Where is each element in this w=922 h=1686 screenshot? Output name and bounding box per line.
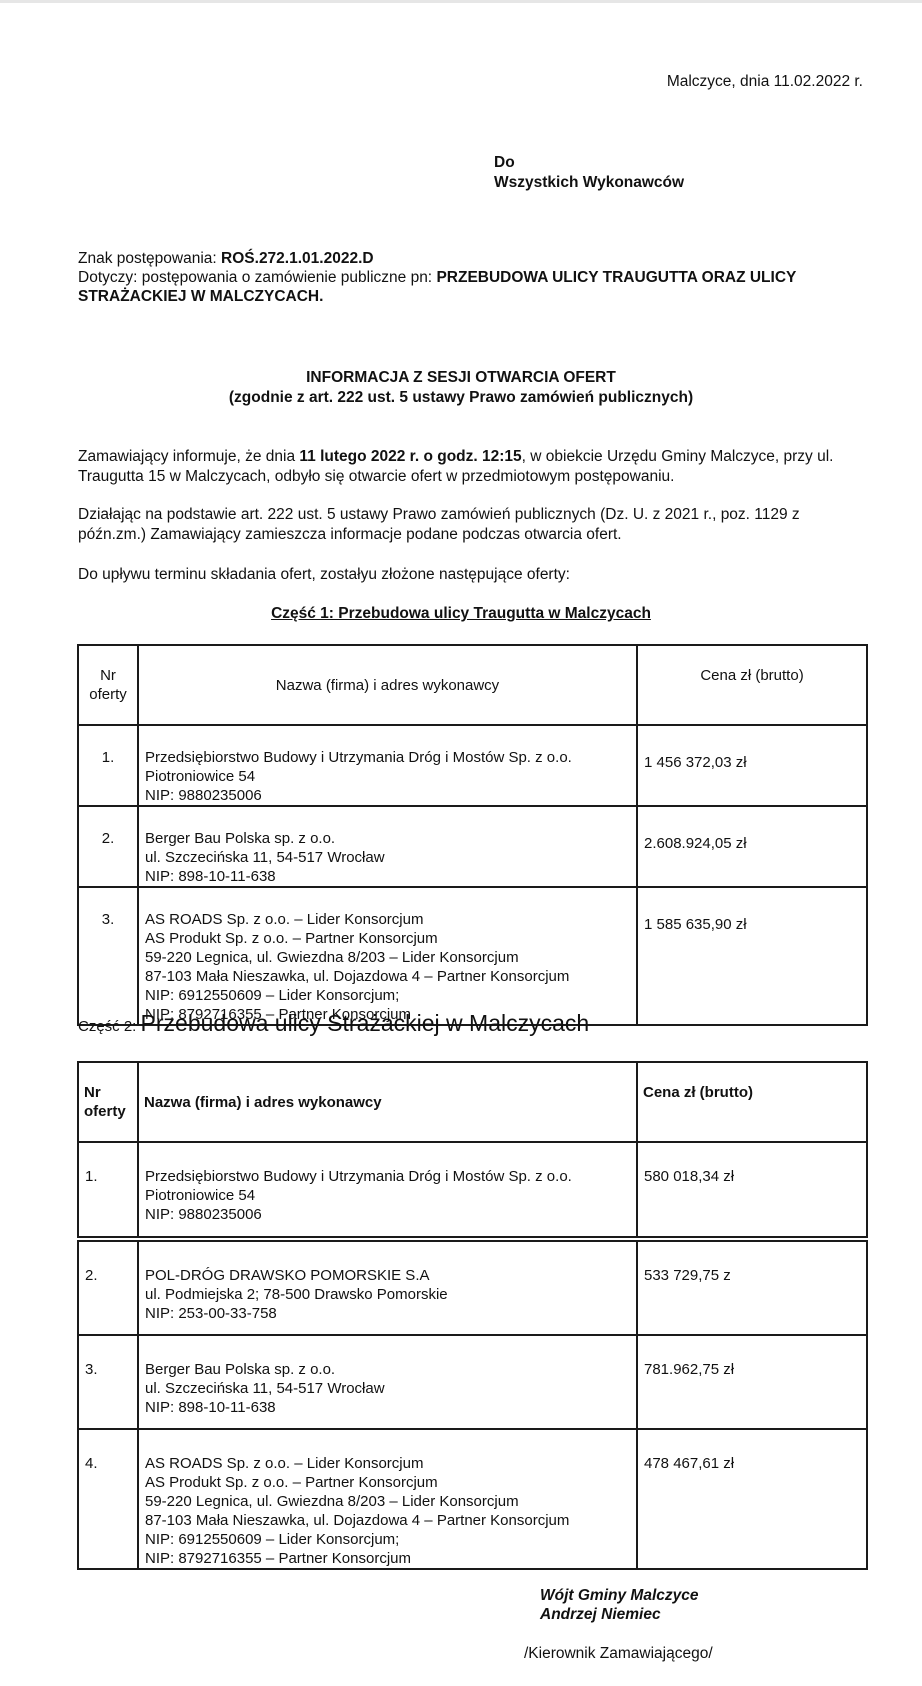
- offer-contractor: Przedsiębiorstwo Budowy i Utrzymania Dró…: [138, 725, 637, 806]
- session-datetime: 11 lutego 2022 r. o godz. 12:15: [299, 448, 521, 465]
- contractor-line: NIP: 898-10-11-638: [145, 1398, 630, 1417]
- case-number: ROŚ.272.1.01.2022.D: [221, 250, 374, 267]
- offer-number: 1.: [78, 725, 138, 806]
- header-nr-line1: Nr: [85, 666, 131, 685]
- case-reference: Znak postępowania: ROŚ.272.1.01.2022.D: [78, 249, 796, 268]
- paragraph-offers-intro: Do upływu terminu składania ofert, zosta…: [78, 565, 868, 585]
- document-title: INFORMACJA Z SESJI OTWARCIA OFERT (zgodn…: [0, 368, 922, 408]
- offer-number: 2.: [78, 806, 138, 887]
- signature-block: Wójt Gminy Malczyce Andrzej Niemiec: [540, 1586, 698, 1624]
- part2-heading: Część 2: Przebudowa ulicy Strażackiej w …: [78, 1010, 589, 1037]
- signer-name: Andrzej Niemiec: [540, 1605, 698, 1624]
- column-header-nr: Nroferty: [78, 645, 138, 725]
- recipient-line-2: Wszystkich Wykonawców: [494, 173, 684, 193]
- contractor-line: NIP: 6912550609 – Lider Konsorcjum;: [145, 986, 630, 1005]
- column-header-price: Cena zł (brutto): [637, 645, 867, 725]
- contractor-line: NIP: 9880235006: [145, 786, 630, 805]
- offer-contractor: AS ROADS Sp. z o.o. – Lider Konsorcjum A…: [138, 1429, 637, 1569]
- table-row: 2. Berger Bau Polska sp. z o.o. ul. Szcz…: [78, 806, 867, 887]
- offer-contractor: Berger Bau Polska sp. z o.o. ul. Szczeci…: [138, 1335, 637, 1429]
- contractor-line: 59-220 Legnica, ul. Gwiezdna 8/203 – Lid…: [145, 1492, 630, 1511]
- contractor-line: ul. Podmiejska 2; 78-500 Drawsko Pomorsk…: [145, 1285, 630, 1304]
- part2-title: Przebudowa ulicy Strażackiej w Malczycac…: [141, 1010, 590, 1036]
- header-nr-line1: Nr: [84, 1083, 131, 1102]
- offer-number: 4.: [78, 1429, 138, 1569]
- header-nr-line2: oferty: [84, 1102, 131, 1121]
- case-label: Znak postępowania:: [78, 250, 221, 267]
- part2-prefix: Część 2:: [78, 1018, 141, 1035]
- signer-role: /Kierownik Zamawiającego/: [524, 1645, 713, 1663]
- column-header-name: Nazwa (firma) i adres wykonawcy: [138, 1062, 637, 1142]
- contractor-line: NIP: 8792716355 – Partner Konsorcjum: [145, 1549, 630, 1568]
- contractor-line: NIP: 6912550609 – Lider Konsorcjum;: [145, 1530, 630, 1549]
- offer-number: 3.: [78, 1335, 138, 1429]
- table-row: 1. Przedsiębiorstwo Budowy i Utrzymania …: [78, 725, 867, 806]
- offer-price: 1 585 635,90 zł: [637, 887, 867, 1025]
- recipient-block: Do Wszystkich Wykonawców: [494, 153, 684, 193]
- contractor-line: AS ROADS Sp. z o.o. – Lider Konsorcjum: [145, 1454, 630, 1473]
- subject-title-continued: STRAŻACKIEJ W MALCZYCACH.: [78, 287, 796, 306]
- part2-offers-table: Nroferty Nazwa (firma) i adres wykonawcy…: [77, 1061, 868, 1570]
- contractor-line: AS ROADS Sp. z o.o. – Lider Konsorcjum: [145, 910, 630, 929]
- table-row: 1. Przedsiębiorstwo Budowy i Utrzymania …: [78, 1142, 867, 1237]
- contractor-line: NIP: 898-10-11-638: [145, 867, 630, 886]
- part1-offers-table: Nroferty Nazwa (firma) i adres wykonawcy…: [77, 644, 868, 1026]
- recipient-line-1: Do: [494, 153, 684, 173]
- contractor-line: ul. Szczecińska 11, 54-517 Wrocław: [145, 1379, 630, 1398]
- part1-title: Część 1: Przebudowa ulicy Traugutta w Ma…: [271, 605, 651, 622]
- column-header-name: Nazwa (firma) i adres wykonawcy: [138, 645, 637, 725]
- offer-number: 1.: [78, 1142, 138, 1237]
- contractor-line: NIP: 9880235006: [145, 1205, 630, 1224]
- offer-number: 2.: [78, 1241, 138, 1335]
- offer-price: 2.608.924,05 zł: [637, 806, 867, 887]
- table-header-row: Nroferty Nazwa (firma) i adres wykonawcy…: [78, 1062, 867, 1142]
- offer-price: 580 018,34 zł: [637, 1142, 867, 1237]
- document-date: Malczyce, dnia 11.02.2022 r.: [667, 73, 863, 91]
- offer-contractor: Berger Bau Polska sp. z o.o. ul. Szczeci…: [138, 806, 637, 887]
- case-subject: Dotyczy: postępowania o zamówienie publi…: [78, 268, 796, 287]
- table-row: 4. AS ROADS Sp. z o.o. – Lider Konsorcju…: [78, 1429, 867, 1569]
- column-header-nr: Nroferty: [78, 1062, 138, 1142]
- paragraph-legal-basis: Działając na podstawie art. 222 ust. 5 u…: [78, 505, 868, 545]
- column-header-price: Cena zł (brutto): [637, 1062, 867, 1142]
- case-meta: Znak postępowania: ROŚ.272.1.01.2022.D D…: [78, 249, 796, 306]
- contractor-line: 87-103 Mała Nieszawka, ul. Dojazdowa 4 –…: [145, 967, 630, 986]
- signer-title: Wójt Gminy Malczyce: [540, 1586, 698, 1605]
- paragraph-session-info: Zamawiający informuje, że dnia 11 lutego…: [78, 447, 868, 487]
- table-row: 2. POL-DRÓG DRAWSKO POMORSKIE S.A ul. Po…: [78, 1241, 867, 1335]
- contractor-line: POL-DRÓG DRAWSKO POMORSKIE S.A: [145, 1266, 630, 1285]
- contractor-line: Piotroniowice 54: [145, 1186, 630, 1205]
- contractor-line: 59-220 Legnica, ul. Gwiezdna 8/203 – Lid…: [145, 948, 630, 967]
- contractor-line: ul. Szczecińska 11, 54-517 Wrocław: [145, 848, 630, 867]
- subject-label: Dotyczy: postępowania o zamówienie publi…: [78, 269, 436, 286]
- subject-title: PRZEBUDOWA ULICY TRAUGUTTA ORAZ ULICY: [436, 269, 796, 286]
- p1-text-start: Zamawiający informuje, że dnia: [78, 448, 299, 465]
- offer-price: 533 729,75 z: [637, 1241, 867, 1335]
- part1-heading: Część 1: Przebudowa ulicy Traugutta w Ma…: [0, 605, 922, 623]
- contractor-line: AS Produkt Sp. z o.o. – Partner Konsorcj…: [145, 1473, 630, 1492]
- offer-price: 781.962,75 zł: [637, 1335, 867, 1429]
- header-nr-line2: oferty: [85, 685, 131, 704]
- page-top-edge: [0, 0, 922, 3]
- contractor-line: Przedsiębiorstwo Budowy i Utrzymania Dró…: [145, 1167, 630, 1186]
- offer-number: 3.: [78, 887, 138, 1025]
- offer-contractor: POL-DRÓG DRAWSKO POMORSKIE S.A ul. Podmi…: [138, 1241, 637, 1335]
- table-header-row: Nroferty Nazwa (firma) i adres wykonawcy…: [78, 645, 867, 725]
- table-row: 3. AS ROADS Sp. z o.o. – Lider Konsorcju…: [78, 887, 867, 1025]
- offer-price: 478 467,61 zł: [637, 1429, 867, 1569]
- offer-contractor: AS ROADS Sp. z o.o. – Lider Konsorcjum A…: [138, 887, 637, 1025]
- table-row: 3. Berger Bau Polska sp. z o.o. ul. Szcz…: [78, 1335, 867, 1429]
- contractor-line: Przedsiębiorstwo Budowy i Utrzymania Dró…: [145, 748, 630, 767]
- contractor-line: NIP: 253-00-33-758: [145, 1304, 630, 1323]
- title-line-1: INFORMACJA Z SESJI OTWARCIA OFERT: [0, 368, 922, 388]
- contractor-line: AS Produkt Sp. z o.o. – Partner Konsorcj…: [145, 929, 630, 948]
- title-line-2: (zgodnie z art. 222 ust. 5 ustawy Prawo …: [0, 388, 922, 408]
- offer-price: 1 456 372,03 zł: [637, 725, 867, 806]
- contractor-line: 87-103 Mała Nieszawka, ul. Dojazdowa 4 –…: [145, 1511, 630, 1530]
- offer-contractor: Przedsiębiorstwo Budowy i Utrzymania Dró…: [138, 1142, 637, 1237]
- contractor-line: Piotroniowice 54: [145, 767, 630, 786]
- contractor-line: Berger Bau Polska sp. z o.o.: [145, 829, 630, 848]
- contractor-line: Berger Bau Polska sp. z o.o.: [145, 1360, 630, 1379]
